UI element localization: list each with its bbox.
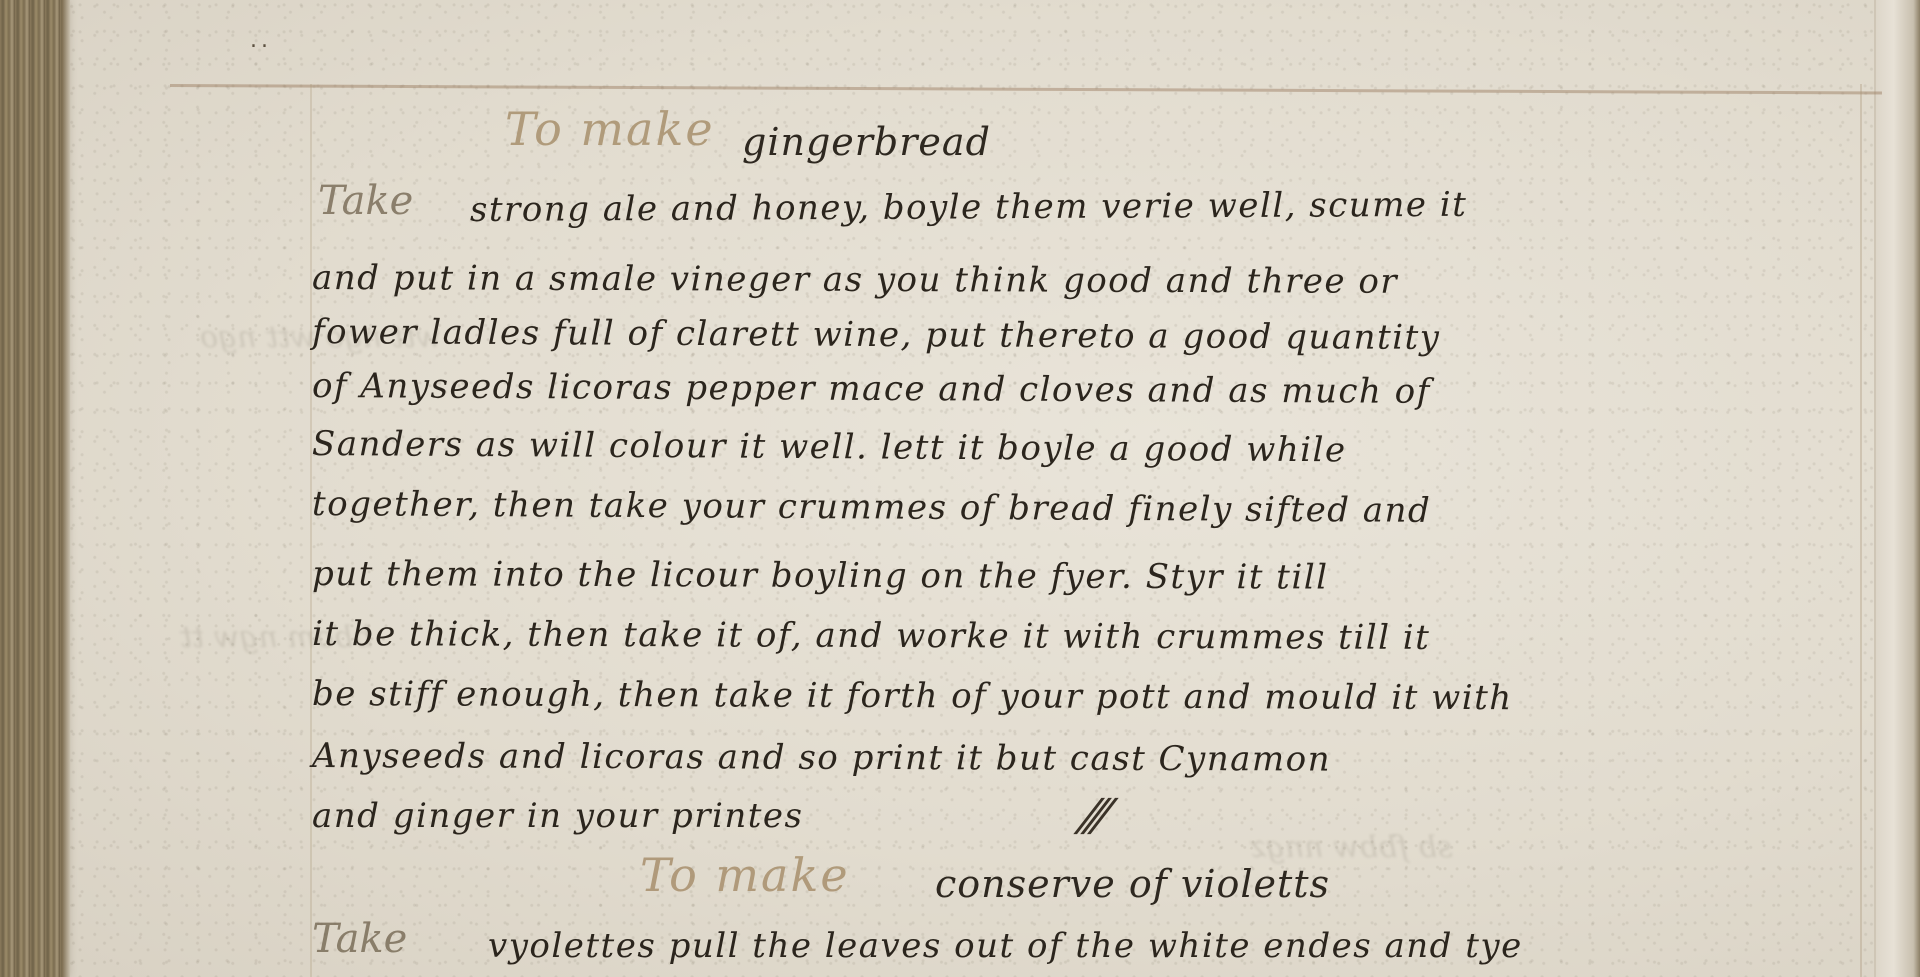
recipe-1-title: gingerbread	[742, 120, 991, 164]
book-binding-spine	[0, 0, 62, 977]
recipe-1-line-7: put them into the licour boyling on the …	[312, 554, 1329, 598]
recipe-1-line-11: and ginger in your printes	[312, 796, 803, 836]
recipe-1-line-5: Sanders as will colour it well. lett it …	[312, 424, 1347, 470]
recipe-2-title: conserve of violetts	[935, 862, 1330, 906]
recipe-2-take: Take	[312, 916, 407, 962]
recipe-2-rubric: To make	[640, 848, 850, 902]
manuscript-page: wtt ngo wtt ngo bbom ngw tt sb fbbw nngz…	[0, 0, 1920, 977]
pen-strokes: ///	[1070, 790, 1114, 841]
recipe-1-take: Take	[318, 178, 413, 224]
ruled-margin-right	[1860, 84, 1862, 977]
ruled-margin-top	[170, 84, 1882, 94]
recipe-1-line-10: Anyseeds and licoras and so print it but…	[312, 736, 1331, 780]
recipe-1-rubric: To make	[505, 102, 715, 156]
page-edge	[1874, 0, 1920, 977]
recipe-1-line-2: and put in a smale vineger as you think …	[312, 258, 1398, 302]
recipe-1-line-8: it be thick, then take it of, and worke …	[312, 614, 1430, 658]
ink-show-through: sb fbbw nngz	[1250, 830, 1453, 865]
recipe-1-line-6: together, then take your crummes of brea…	[312, 484, 1432, 531]
recipe-2-line-1: vyolettes pull the leaves out of the whi…	[488, 926, 1523, 966]
recipe-1-line-3: fower ladles full of clarett wine, put t…	[312, 312, 1441, 358]
recipe-1-line-4: of Anyseeds licoras pepper mace and clov…	[312, 366, 1431, 412]
recipe-1-line-1: strong ale and honey, boyle them verie w…	[470, 185, 1468, 230]
gutter-shadow	[62, 0, 70, 977]
ruled-margin-left	[310, 84, 312, 977]
recipe-1-line-9: be stiff enough, then take it forth of y…	[312, 674, 1513, 718]
top-marks: ..	[250, 28, 272, 53]
